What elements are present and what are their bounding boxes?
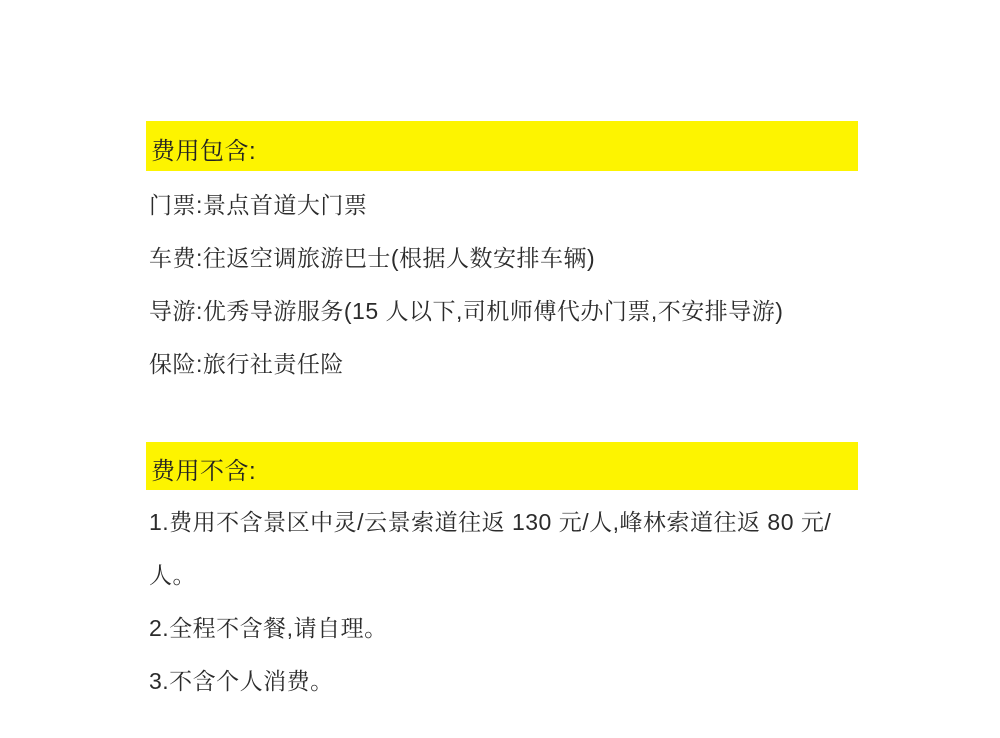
fee-line-guide: 导游:优秀导游服务(15 人以下,司机师傅代办门票,不安排导游) <box>149 283 909 336</box>
fee-excluded-line-cableway: 1.费用不含景区中灵/云景索道往返 130 元/人,峰林索道往返 80 元/ <box>149 494 909 547</box>
fee-included-header-highlight: 费用包含: <box>146 121 858 171</box>
fee-line-bus: 车费:往返空调旅游巴士(根据人数安排车辆) <box>149 230 909 283</box>
fee-excluded-header: 费用不含: <box>146 447 256 486</box>
document-page: 费用包含: 门票:景点首道大门票 车费:往返空调旅游巴士(根据人数安排车辆) 导… <box>0 0 1000 738</box>
fee-excluded-lines: 1.费用不含景区中灵/云景索道往返 130 元/人,峰林索道往返 80 元/ 人… <box>149 494 909 706</box>
fee-excluded-line-personal: 3.不含个人消费。 <box>149 653 909 706</box>
fee-line-insurance: 保险:旅行社责任险 <box>149 336 909 389</box>
fee-line-ticket: 门票:景点首道大门票 <box>149 177 909 230</box>
fee-excluded-line-meals: 2.全程不含餐,请自理。 <box>149 600 909 653</box>
fee-excluded-line-cableway-wrap: 人。 <box>149 547 909 600</box>
fee-excluded-header-highlight: 费用不含: <box>146 442 858 490</box>
fee-included-header: 费用包含: <box>146 127 256 166</box>
fee-included-lines: 门票:景点首道大门票 车费:往返空调旅游巴士(根据人数安排车辆) 导游:优秀导游… <box>149 177 909 389</box>
